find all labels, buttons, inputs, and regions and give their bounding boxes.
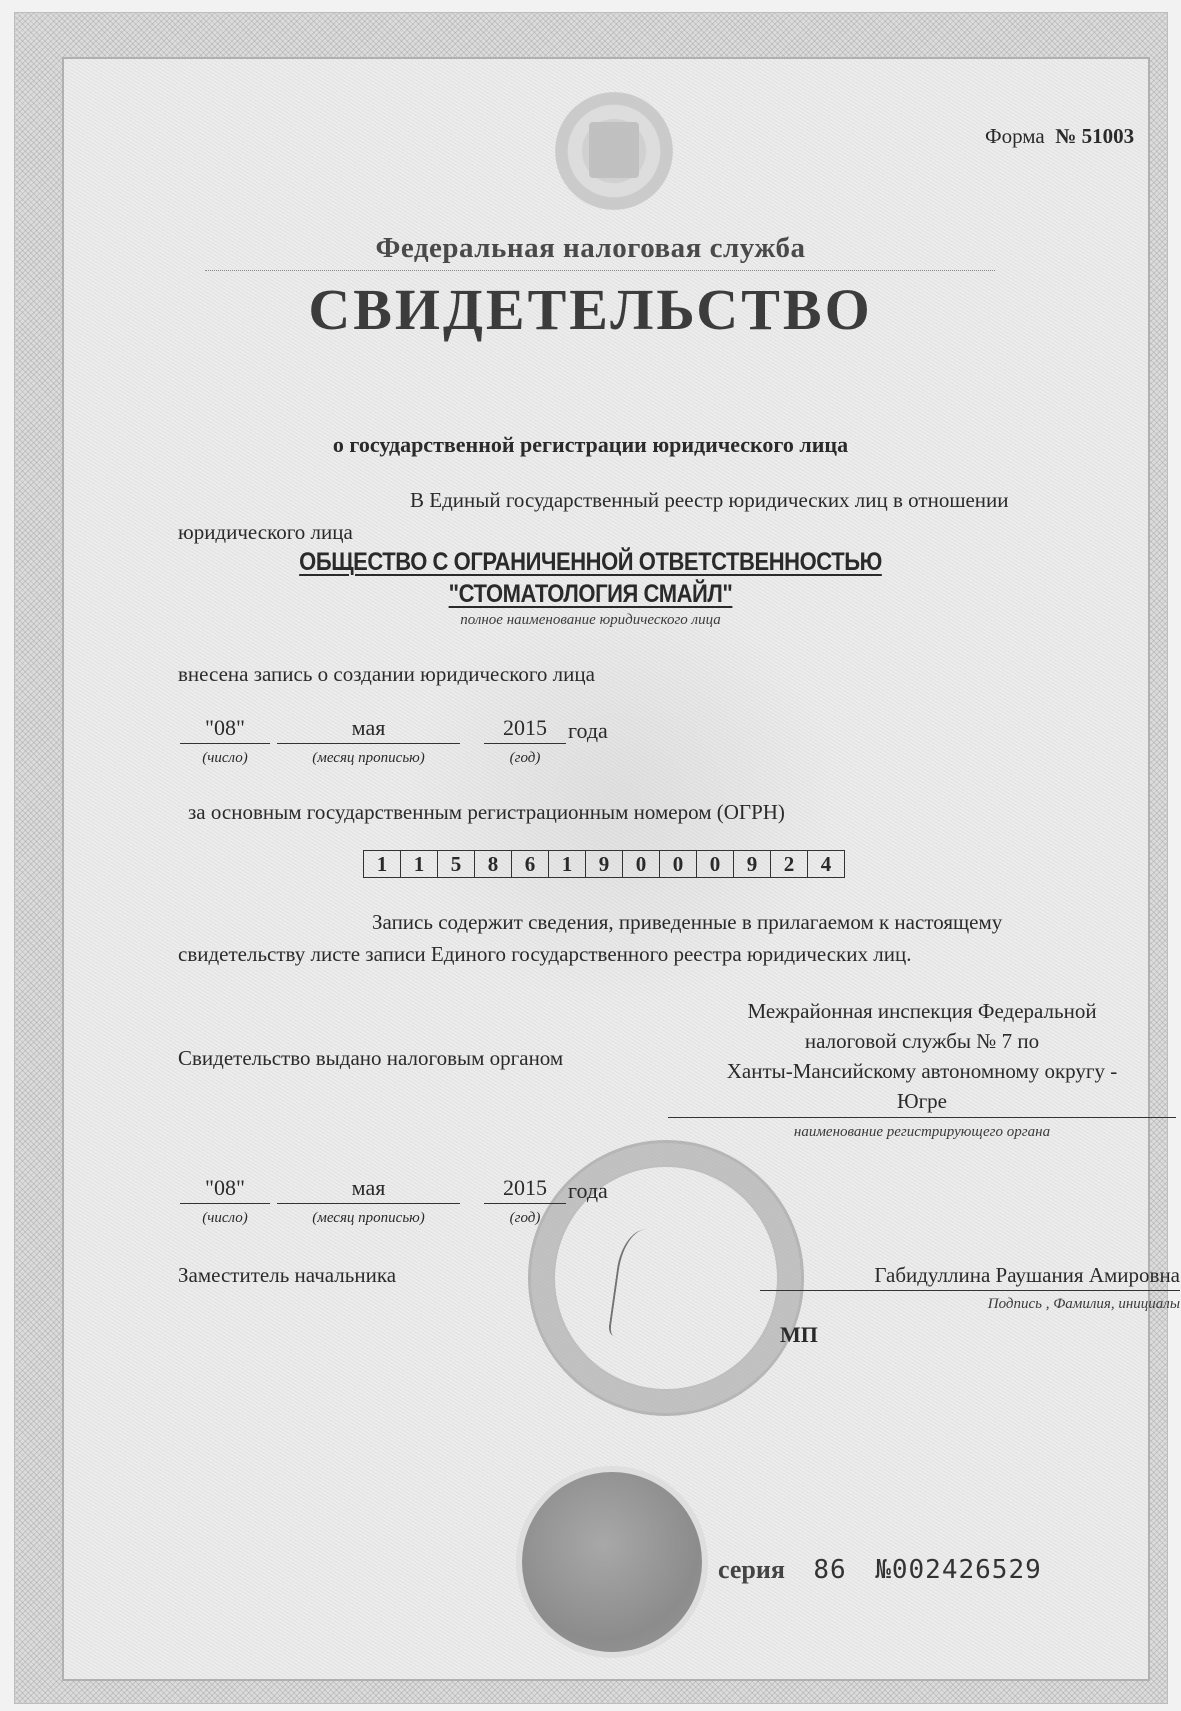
- issue-day: "08": [180, 1175, 270, 1204]
- series-value: 86: [813, 1555, 846, 1585]
- ogrn-digit: 8: [475, 851, 512, 877]
- form-label: Форма: [985, 124, 1045, 148]
- ogrn-digit: 2: [771, 851, 808, 877]
- ogrn-digit: 4: [808, 851, 844, 877]
- ogrn-digit: 0: [697, 851, 734, 877]
- document-number: №002426529: [875, 1555, 1042, 1585]
- form-number-value: № 51003: [1055, 124, 1134, 148]
- issue-month-caption: (месяц прописью): [277, 1210, 460, 1227]
- ogrn-digit: 5: [438, 851, 475, 877]
- serial-number: серия 86 №002426529: [718, 1555, 1042, 1585]
- signatory-underline: [760, 1290, 1180, 1291]
- company-name-caption: полное наименование юридического лица: [0, 612, 1181, 629]
- entry-year-caption: (год): [484, 750, 566, 767]
- signatory-position: Заместитель начальника: [178, 1263, 396, 1288]
- company-name-line-2: "СТОМАТОЛОГИЯ СМАЙЛ": [71, 580, 1110, 609]
- company-name-line-1: ОБЩЕСТВО С ОГРАНИЧЕННОЙ ОТВЕТСТВЕННОСТЬЮ: [71, 548, 1110, 577]
- issue-day-caption: (число): [180, 1210, 270, 1227]
- ogrn-digit: 9: [586, 851, 623, 877]
- page-subtitle: о государственной регистрации юридическо…: [0, 432, 1181, 458]
- intro-line-1: В Единый государственный реестр юридичес…: [410, 488, 1009, 513]
- ogrn-label: за основным государственным регистрацион…: [188, 800, 785, 825]
- hologram-emblem-icon: [522, 1472, 702, 1652]
- entry-month-caption: (месяц прописью): [277, 750, 460, 767]
- ogrn-boxes: 1158619000924: [363, 850, 845, 878]
- page-title: СВИДЕТЕЛЬСТВО: [0, 276, 1181, 343]
- issuer-name-line: Югре: [668, 1086, 1176, 1116]
- entry-month: мая: [277, 715, 460, 744]
- entry-year-suffix: года: [568, 718, 608, 744]
- ogrn-digit: 1: [364, 851, 401, 877]
- entry-day: "08": [180, 715, 270, 744]
- issuer-caption: наименование регистрирующего органа: [668, 1124, 1176, 1141]
- seal-mark: МП: [780, 1322, 818, 1348]
- ogrn-digit: 6: [512, 851, 549, 877]
- fns-emblem-icon: [555, 92, 673, 210]
- entry-day-caption: (число): [180, 750, 270, 767]
- issue-year: 2015: [484, 1175, 566, 1204]
- signatory-name: Габидуллина Раушания Амировна: [760, 1263, 1180, 1288]
- ogrn-digit: 9: [734, 851, 771, 877]
- signatory-caption: Подпись , Фамилия, инициалы: [760, 1296, 1180, 1313]
- issuer-underline: [668, 1117, 1176, 1118]
- issuer-name-line: налоговой службы № 7 по: [668, 1026, 1176, 1056]
- intro-line-2: юридического лица: [178, 520, 353, 545]
- record-note-line-2: свидетельству листе записи Единого госуд…: [178, 942, 911, 967]
- ogrn-digit: 1: [549, 851, 586, 877]
- entry-year: 2015: [484, 715, 566, 744]
- issuer-name: Межрайонная инспекция Федеральной налого…: [668, 996, 1176, 1116]
- issue-year-caption: (год): [484, 1210, 566, 1227]
- issue-month: мая: [277, 1175, 460, 1204]
- ogrn-digit: 0: [660, 851, 697, 877]
- ogrn-digit: 1: [401, 851, 438, 877]
- issuer-label: Свидетельство выдано налоговым органом: [178, 1046, 563, 1071]
- entry-text: внесена запись о создании юридического л…: [178, 662, 595, 687]
- agency-name: Федеральная налоговая служба: [0, 232, 1181, 265]
- series-label: серия: [718, 1555, 785, 1584]
- form-number: Форма № 51003: [985, 124, 1134, 149]
- issuer-name-line: Ханты-Мансийскому автономному округу -: [668, 1056, 1176, 1086]
- divider: [205, 270, 995, 271]
- ogrn-digit: 0: [623, 851, 660, 877]
- issuer-name-line: Межрайонная инспекция Федеральной: [668, 996, 1176, 1026]
- issue-year-suffix: года: [568, 1178, 608, 1204]
- record-note-line-1: Запись содержит сведения, приведенные в …: [372, 910, 1002, 935]
